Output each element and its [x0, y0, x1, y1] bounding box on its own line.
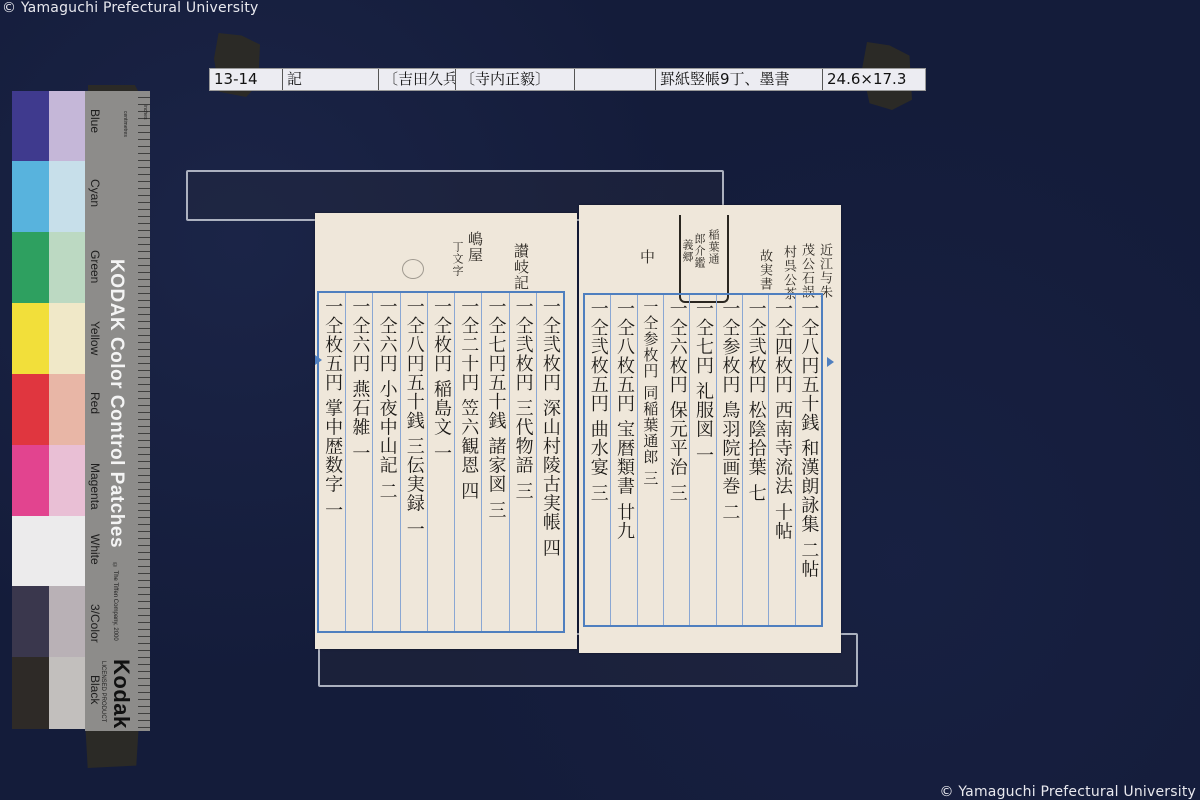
right-entry-text: 一仝六枚円 保元平治 三 — [666, 299, 688, 502]
patch-blue-light — [49, 91, 85, 161]
label-catalog-number: 13-14 — [210, 69, 283, 90]
patch-label-white: White — [88, 534, 102, 565]
tiffen-copyright: © The Tiffen Company, 2000 — [112, 563, 118, 641]
right-header-note-mark: 中 — [637, 249, 658, 265]
right-column: 一仝弐枚五円 曲水宴 三 — [585, 295, 610, 625]
right-column: 一仝参枚円 同稲葉通郎 三 — [637, 295, 663, 625]
patch-label-green: Green — [88, 250, 102, 283]
right-entry-text: 一仝四枚円 西南寺流法 十帖 — [771, 299, 793, 540]
label-author: 〔吉田久兵 — [379, 69, 456, 90]
margin-arrow-right — [827, 357, 834, 367]
right-entry-text: 一仝弐枚五円 曲水宴 三 — [587, 299, 609, 502]
left-entry-text: 一仝枚五円 掌中歴数字 一 — [321, 297, 343, 519]
left-entry-text: 一仝七円五十銭 諸家図 三 — [484, 297, 506, 519]
right-column: 一仝弐枚円 松陰拾葉 七 — [742, 295, 768, 625]
right-column: 一仝四枚円 西南寺流法 十帖 — [768, 295, 794, 625]
left-page: 讃岐記 嶋屋 丁文字 一仝弐枚円 深山村陵古実帳 四一仝弐枚円 三代物語 三一仝… — [315, 213, 577, 649]
patch-label-3color: 3/Color — [88, 604, 102, 643]
right-header-note-4: 故実書 — [755, 249, 774, 291]
patch-red-light — [49, 374, 85, 445]
patch-3color-light — [49, 586, 85, 657]
label-date — [575, 69, 656, 90]
left-entry-text: 一仝八円五十銭 三伝実録 一 — [403, 297, 425, 538]
patch-label-yellow: Yellow — [88, 321, 102, 355]
left-entry-text: 一仝弐枚円 深山村陵古実帳 四 — [539, 297, 561, 557]
left-column: 一仝弐枚円 深山村陵古実帳 四 — [536, 293, 563, 631]
patch-magenta-light — [49, 445, 85, 516]
left-entry-text: 一仝六円 燕石雑 一 — [348, 297, 370, 462]
right-entry-text: 一仝弐枚円 松陰拾葉 七 — [745, 299, 767, 502]
patch-yellow-light — [49, 303, 85, 374]
left-column: 一仝弐枚円 三代物語 三 — [509, 293, 536, 631]
label-recipient: 〔寺内正毅〕 — [456, 69, 575, 90]
patch-cyan-light — [49, 161, 85, 232]
right-entry-text: 一仝参枚円 鳥羽院画巻 二 — [718, 299, 740, 521]
patch-cyan-dark — [12, 161, 49, 232]
patch-magenta-dark — [12, 445, 49, 516]
kodak-logo: Kodak — [108, 659, 134, 729]
left-entry-text: 一仝枚円 稲島文 一 — [430, 297, 452, 462]
ruler-unit-cm: centimetres — [122, 111, 128, 137]
left-column: 一仝八円五十銭 三伝実録 一 — [400, 293, 427, 631]
label-title: 記 — [283, 69, 379, 90]
label-dimensions: 24.6×17.3 — [823, 69, 919, 90]
left-entry-text: 一仝六円 小夜中山記 二 — [376, 297, 398, 500]
margin-arrow-left — [315, 355, 322, 365]
right-entry-text: 一仝八円五十銭 和漢朗詠集 二帖 — [797, 299, 819, 578]
right-ruled-grid: 一仝八円五十銭 和漢朗詠集 二帖一仝四枚円 西南寺流法 十帖一仝弐枚円 松陰拾葉… — [583, 293, 823, 627]
patch-green-dark — [12, 232, 49, 303]
right-header-note-5: 稲葉通 — [705, 229, 721, 265]
patch-label-blue: Blue — [88, 109, 102, 133]
right-entry-text: 一仝七円 礼服図 一 — [692, 299, 714, 464]
color-control-strip: KODAK Color Control Patches © The Tiffen… — [12, 91, 150, 731]
patch-black-light — [49, 657, 85, 729]
right-header-note-1: 近江与朱 — [815, 243, 834, 299]
left-column: 一仝二十円 笠六観恩 四 — [454, 293, 481, 631]
right-column: 一仝七円 礼服図 一 — [689, 295, 715, 625]
right-entry-text: 一仝参枚円 同稲葉通郎 三 — [639, 299, 661, 487]
patch-red-dark — [12, 374, 49, 445]
label-format: 罫紙竪帳9丁、墨書 — [656, 69, 823, 90]
manuscript-document: 讃岐記 嶋屋 丁文字 一仝弐枚円 深山村陵古実帳 四一仝弐枚円 三代物語 三一仝… — [315, 205, 843, 657]
right-page: 近江与朱 茂公石誤 村呉公茶 故実書 稲葉通 郎介鑑 義郷 中 一仝八円五十銭 … — [579, 205, 841, 653]
right-column: 一仝八枚五円 宝暦類書 廿九 — [610, 295, 636, 625]
catalog-label-strip: 13-14 記 〔吉田久兵 〔寺内正毅〕 罫紙竪帳9丁、墨書 24.6×17.3 — [209, 68, 926, 91]
left-header-note-2: 嶋屋 — [465, 231, 486, 263]
patch-label-magenta: Magenta — [88, 463, 102, 510]
left-column: 一仝七円五十銭 諸家図 三 — [481, 293, 508, 631]
ruler-unit-inches: inches — [142, 105, 148, 119]
patch-white — [12, 516, 85, 586]
left-header-note-1: 讃岐記 — [511, 243, 532, 291]
patch-blue-dark — [12, 91, 49, 161]
patch-yellow-dark — [12, 303, 49, 374]
right-column: 一仝参枚円 鳥羽院画巻 二 — [716, 295, 742, 625]
left-column: 一仝六円 小夜中山記 二 — [372, 293, 399, 631]
right-column: 一仝六枚円 保元平治 三 — [663, 295, 689, 625]
seal-mark — [402, 259, 424, 279]
right-column: 一仝八円五十銭 和漢朗詠集 二帖 — [795, 295, 821, 625]
left-column: 一仝六円 燕石雑 一 — [345, 293, 372, 631]
patch-black-dark — [12, 657, 49, 729]
copyright-bottom: © Yamaguchi Prefectural University — [940, 784, 1197, 800]
patch-green-light — [49, 232, 85, 303]
left-ruled-grid: 一仝弐枚円 深山村陵古実帳 四一仝弐枚円 三代物語 三一仝七円五十銭 諸家図 三… — [317, 291, 565, 633]
right-header-note-7: 義郷 — [679, 239, 695, 263]
left-header-note-3: 丁文字 — [449, 241, 465, 277]
right-header-note-2: 茂公石誤 — [797, 243, 816, 299]
left-column: 一仝枚円 稲島文 一 — [427, 293, 454, 631]
copyright-top: © Yamaguchi Prefectural University — [2, 0, 259, 16]
patch-label-red: Red — [88, 392, 102, 414]
kodak-brand-title: KODAK Color Control Patches — [105, 259, 127, 548]
patch-3color-dark — [12, 586, 49, 657]
left-column: 一仝枚五円 掌中歴数字 一 — [319, 293, 345, 631]
patch-label-black: Black — [88, 675, 102, 704]
right-entry-text: 一仝八枚五円 宝暦類書 廿九 — [613, 299, 635, 540]
left-entry-text: 一仝弐枚円 三代物語 三 — [512, 297, 534, 500]
patch-label-cyan: Cyan — [88, 179, 102, 207]
left-entry-text: 一仝二十円 笠六観恩 四 — [457, 297, 479, 500]
